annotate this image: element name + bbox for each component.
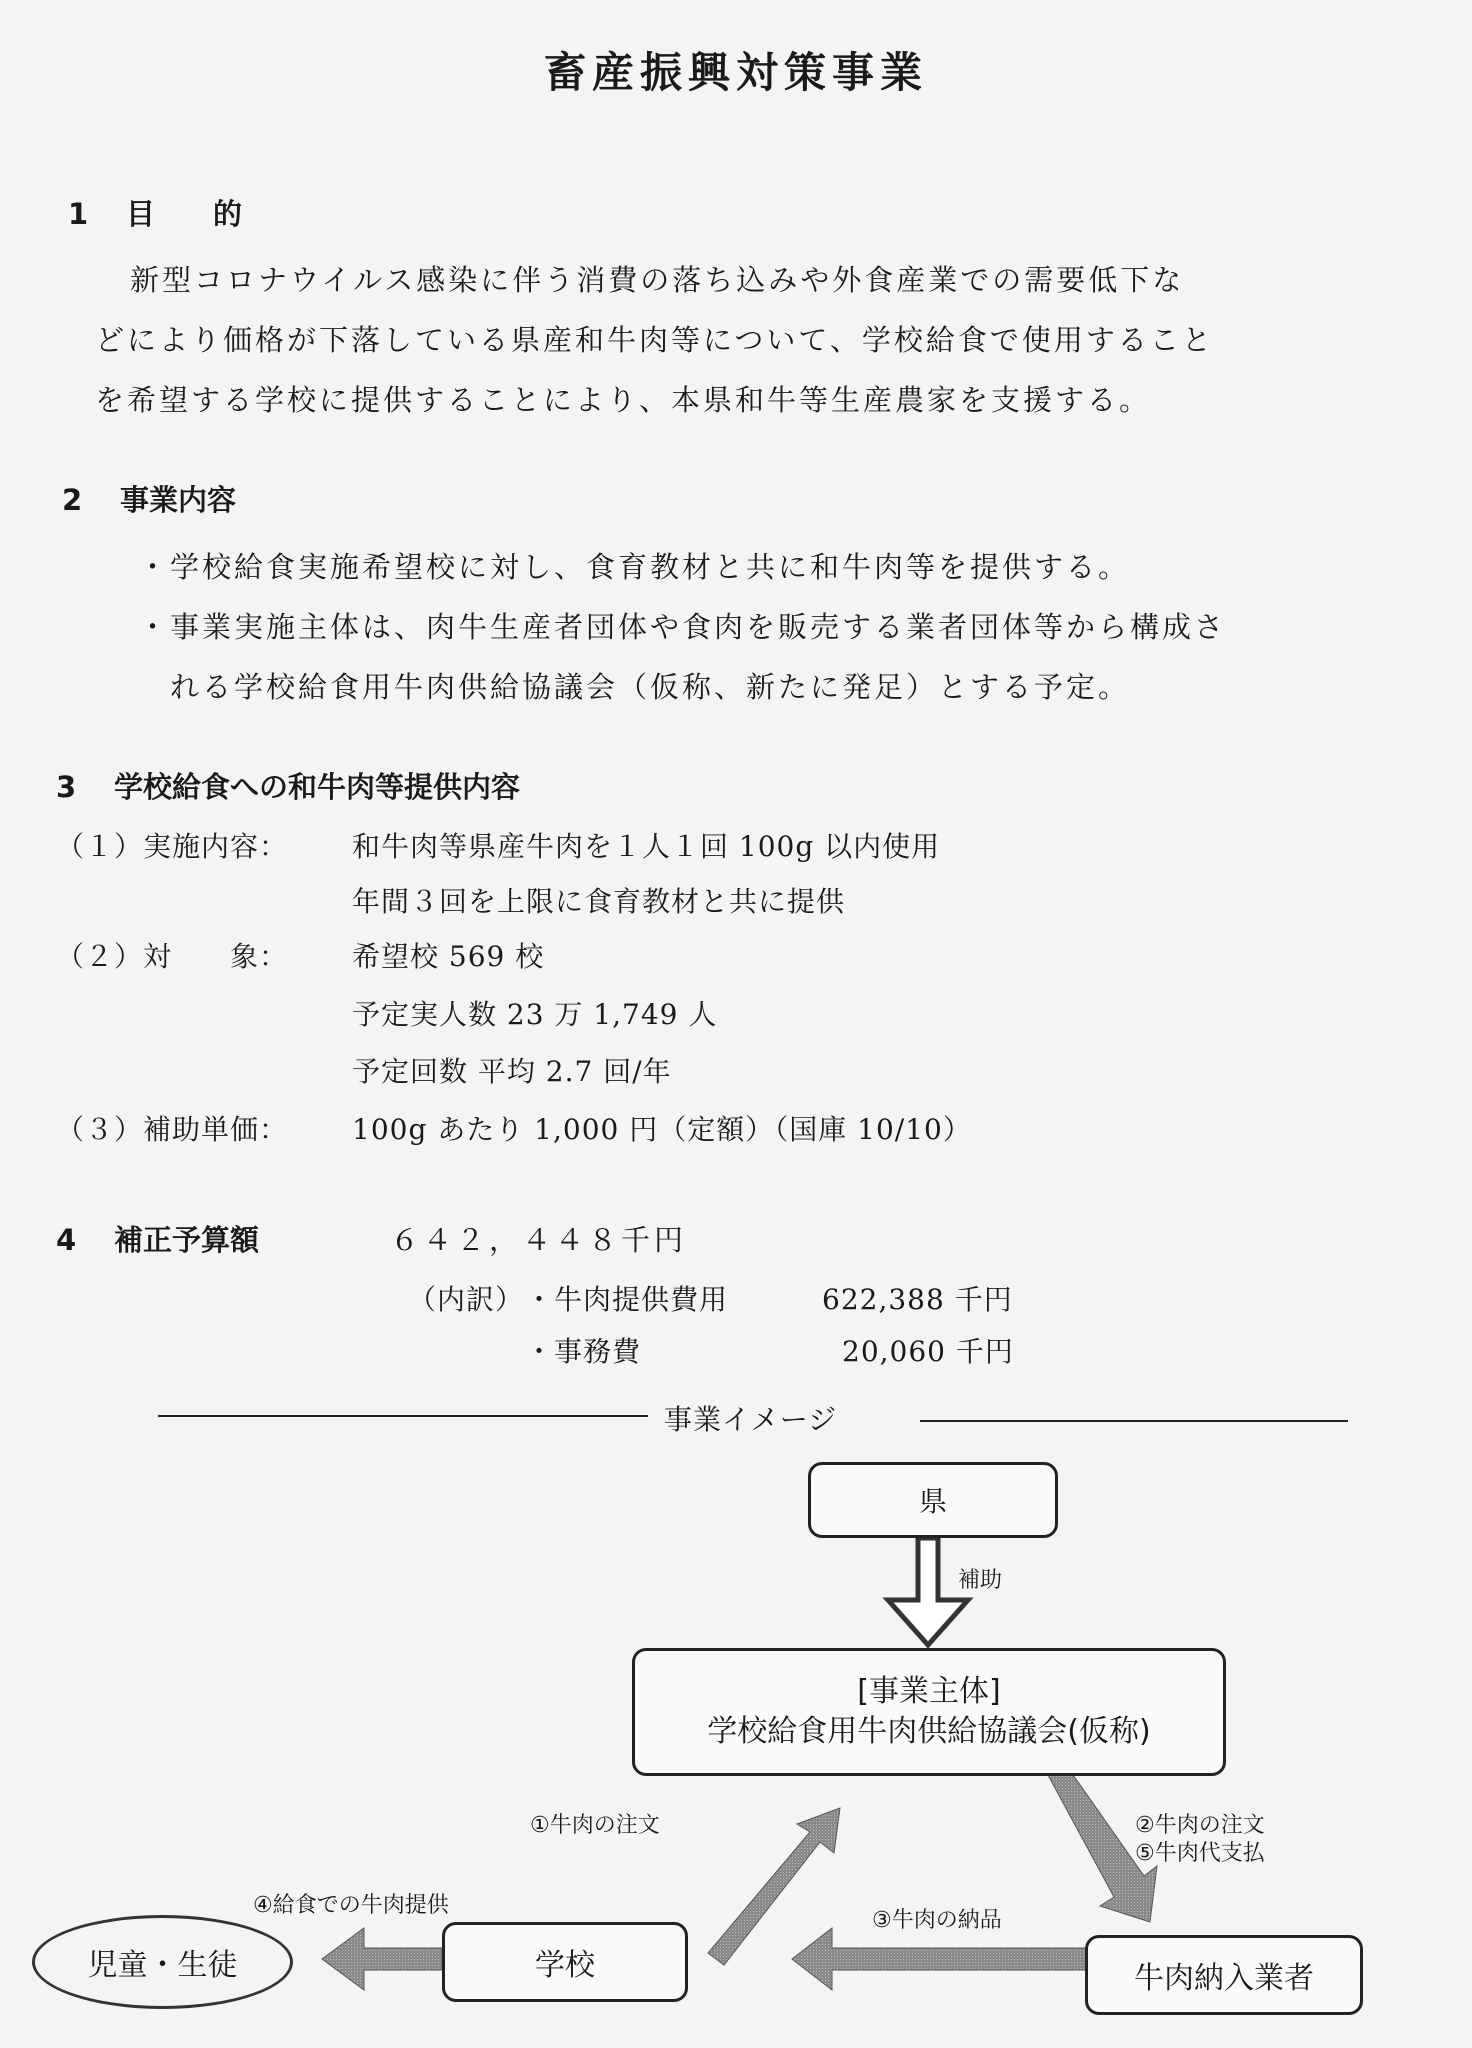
- node-prefecture: 県: [808, 1462, 1058, 1538]
- node-label: 学校給食用牛肉供給協議会(仮称): [707, 1712, 1150, 1753]
- flow-delivery3-label: ③牛肉の納品: [872, 1903, 1002, 1934]
- node-supplier: 牛肉納入業者: [1085, 1935, 1363, 2015]
- node-school: 学校: [442, 1922, 688, 2002]
- flow-subsidy-label: 補助: [958, 1563, 1002, 1594]
- flow-serve4-label: ④給食での牛肉提供: [253, 1888, 449, 1919]
- node-tag: [事業主体]: [857, 1672, 1000, 1713]
- node-label: 県: [919, 1480, 947, 1520]
- node-label: 児童・生徒: [88, 1940, 238, 1984]
- node-label: 牛肉納入業者: [1134, 1953, 1314, 1997]
- flow-payment5-label: ⑤牛肉代支払: [1135, 1836, 1265, 1867]
- node-operator: [事業主体] 学校給食用牛肉供給協議会(仮称): [632, 1648, 1226, 1776]
- node-label: 学校: [535, 1940, 595, 1984]
- flow-order2-label: ②牛肉の注文: [1135, 1808, 1265, 1839]
- node-students: 児童・生徒: [32, 1915, 293, 2009]
- flow-order1-label: ①牛肉の注文: [530, 1808, 660, 1839]
